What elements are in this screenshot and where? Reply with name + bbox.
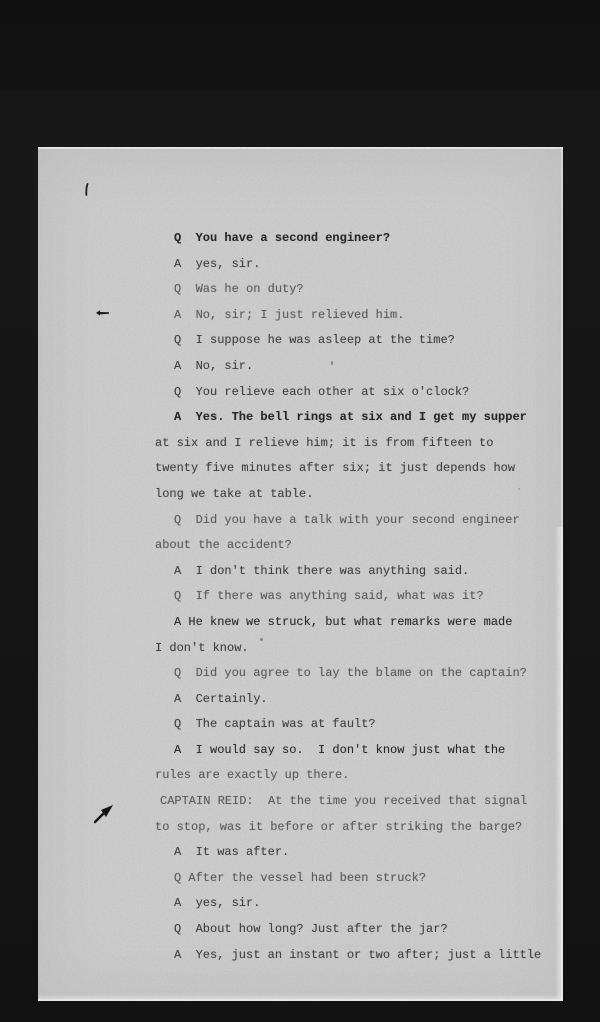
transcript-line: twenty five minutes after six; it just d… [38, 456, 563, 482]
transcript-line: Q You relieve each other at six o'clock? [38, 380, 563, 406]
transcript-line: A yes, sir. [38, 891, 563, 917]
transcript-line: long we take at table. [38, 482, 563, 508]
photo-background: Q You have a second engineer? A yes, sir… [0, 0, 600, 1022]
transcript-line: A I don't think there was anything said. [38, 559, 563, 585]
transcript-line: A It was after. [38, 840, 563, 866]
document-page: Q You have a second engineer? A yes, sir… [38, 147, 563, 1001]
transcript-line: Q About how long? Just after the jar? [38, 917, 563, 943]
transcript-line: Q If there was anything said, what was i… [38, 584, 563, 610]
scanned-document-photo: { "photo": { "background_color": "#15151… [0, 0, 600, 1022]
paper-edge-highlight-bottom [38, 994, 563, 1001]
transcript-line: Q I suppose he was asleep at the time? [38, 328, 563, 354]
transcript-line: at six and I relieve him; it is from fif… [38, 431, 563, 457]
transcript-line: Q The captain was at fault? [38, 712, 563, 738]
transcript-line: Q You have a second engineer? [38, 226, 563, 252]
transcript-line: A No, sir. [38, 354, 563, 380]
transcript-line: Q Was he on duty? [38, 277, 563, 303]
transcript-line: about the accident? [38, 533, 563, 559]
transcript-line: A Certainly. [38, 687, 563, 713]
transcript-line: A Yes. The bell rings at six and I get m… [38, 405, 563, 431]
transcript-line: Q Did you have a talk with your second e… [38, 508, 563, 534]
transcript-line: A Yes, just an instant or two after; jus… [38, 943, 563, 969]
transcript-line-speaker: CAPTAIN REID: At the time you received t… [38, 789, 563, 815]
transcript-line: I don't know. [38, 636, 563, 662]
pen-tick-icon [83, 183, 90, 202]
transcript-line: A He knew we struck, but what remarks we… [38, 610, 563, 636]
transcript-line: rules are exactly up there. [38, 763, 563, 789]
transcript-line: to stop, was it before or after striking… [38, 815, 563, 841]
transcript-line: Q After the vessel had been struck? [38, 866, 563, 892]
transcript-line: A yes, sir. [38, 252, 563, 278]
transcript-line: A No, sir; I just relieved him. [38, 303, 563, 329]
transcript-line: Q Did you agree to lay the blame on the … [38, 661, 563, 687]
transcript-line: A I would say so. I don't know just what… [38, 738, 563, 764]
typewritten-transcript: Q You have a second engineer? A yes, sir… [38, 226, 563, 968]
